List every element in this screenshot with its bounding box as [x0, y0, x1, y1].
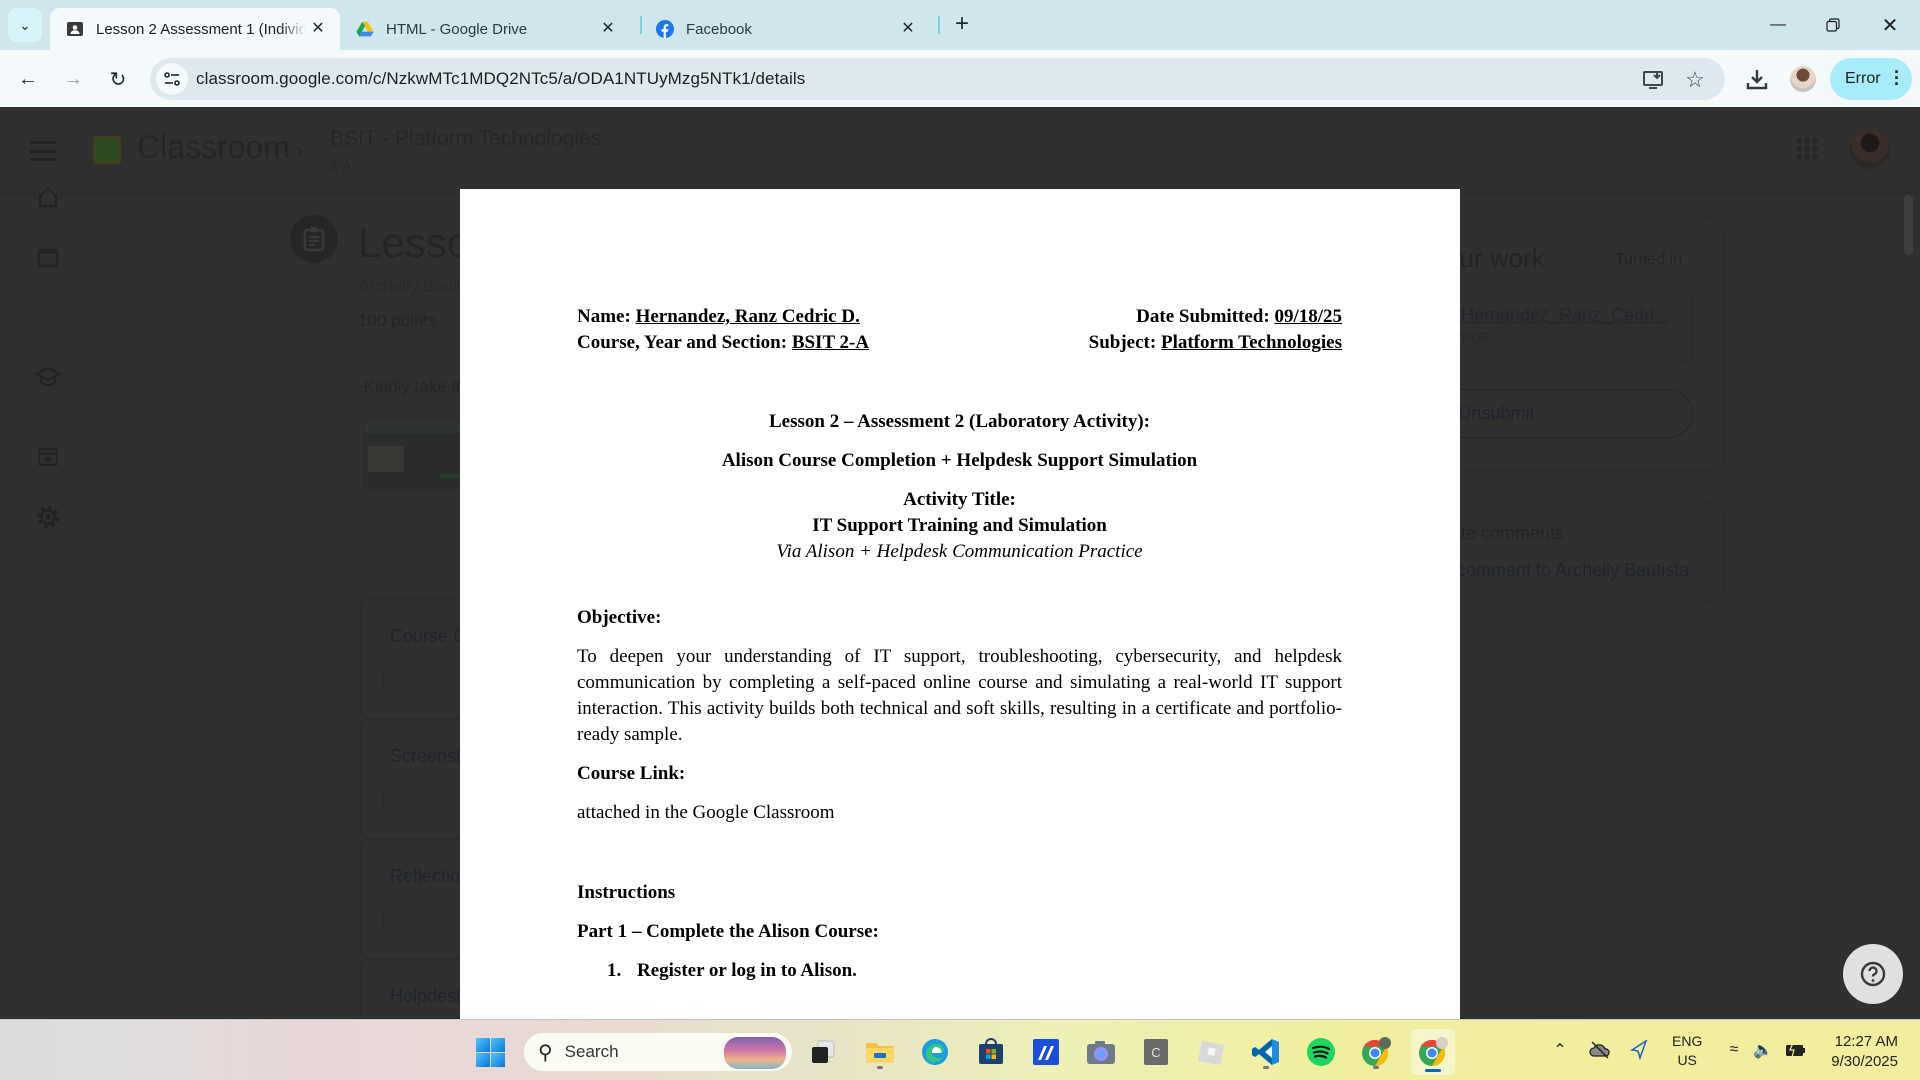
- turned-in-status: Turned in: [1615, 251, 1682, 269]
- profile-avatar[interactable]: [1790, 66, 1816, 92]
- arrow-left-icon: ←: [18, 68, 38, 91]
- more-vert-icon: ···: [1894, 69, 1900, 87]
- browser-toolbar: ← → ↻ classroom.google.com/c/NzkwMTc1MDQ…: [0, 50, 1920, 107]
- google-apps-icon[interactable]: [1796, 138, 1818, 160]
- help-button[interactable]: [1843, 944, 1903, 1004]
- plus-icon: +: [955, 10, 969, 38]
- task-view-icon: [810, 1039, 836, 1065]
- app-c-icon: C: [1144, 1039, 1168, 1065]
- google-drive-icon: [356, 20, 374, 38]
- clock-date: 9/30/2025: [1822, 1052, 1898, 1072]
- tab-strip: ⌄ Lesson 2 Assessment 1 (Individual ✕ HT…: [0, 0, 1920, 50]
- doc-header-row-1: Name: Hernandez, Ranz Cedric D. Date Sub…: [577, 306, 1342, 328]
- taskbar-search[interactable]: ⚲ Search: [523, 1032, 793, 1072]
- bookmark-button[interactable]: ☆: [1683, 68, 1707, 92]
- activity-title-label: Activity Title:: [577, 489, 1342, 511]
- close-tab-icon[interactable]: ✕: [898, 18, 918, 38]
- restore-button[interactable]: [1813, 8, 1853, 42]
- chevron-down-icon: ⌄: [19, 17, 31, 34]
- unsubmit-button[interactable]: Unsubmit: [1420, 389, 1693, 438]
- search-icon: ⚲: [538, 1040, 553, 1065]
- clock-time: 12:27 AM: [1822, 1032, 1898, 1052]
- taskbar-vs-code[interactable]: [1246, 1032, 1286, 1072]
- close-tab-icon[interactable]: ✕: [308, 18, 328, 38]
- facebook-icon: [656, 20, 674, 38]
- taskbar-app-white[interactable]: [1191, 1032, 1231, 1072]
- download-icon: [1746, 68, 1768, 90]
- submitted-file-type: PDF: [1461, 329, 1489, 345]
- chevron-up-icon: ⌃: [1553, 1040, 1566, 1060]
- class-name-link[interactable]: BSIT - Platform Technologies: [330, 127, 601, 151]
- tab-separator: [938, 16, 940, 34]
- chrome-icon: [1360, 1036, 1392, 1068]
- tab-title: HTML - Google Drive: [386, 21, 596, 38]
- close-window-button[interactable]: ✕: [1870, 8, 1910, 42]
- activity-title: IT Support Training and Simulation: [577, 515, 1342, 537]
- vscode-icon: [1251, 1037, 1281, 1067]
- assignment-icon: [290, 215, 338, 263]
- error-label: Error: [1845, 70, 1881, 88]
- install-app-button[interactable]: [1642, 68, 1666, 92]
- taskbar-chrome-profile-2[interactable]: [1411, 1029, 1455, 1075]
- minimize-button[interactable]: —: [1758, 8, 1798, 42]
- part1-label: Part 1 – Complete the Alison Course:: [577, 921, 879, 943]
- location-arrow-icon: [1630, 1040, 1648, 1060]
- nav-enrolled[interactable]: [34, 363, 62, 391]
- nav-archived[interactable]: [34, 443, 62, 471]
- taskbar-camera[interactable]: [1081, 1032, 1121, 1072]
- activity-subtitle: Via Alison + Helpdesk Communication Prac…: [577, 541, 1342, 563]
- classroom-logo-icon: [93, 136, 121, 164]
- instructions-label: Instructions: [577, 882, 675, 904]
- restore-icon: [1826, 18, 1840, 32]
- course-link-label: Course Link:: [577, 763, 685, 785]
- downloads-button[interactable]: [1744, 66, 1770, 92]
- taskbar-file-explorer[interactable]: [860, 1032, 900, 1072]
- cloud-off-icon: [1589, 1041, 1611, 1059]
- arrow-right-icon: →: [63, 68, 83, 91]
- network-status[interactable]: ≈: [1722, 1038, 1746, 1062]
- location-indicator[interactable]: [1627, 1038, 1651, 1062]
- url-text[interactable]: classroom.google.com/c/NzkwMTc1MDQ2NTc5/…: [196, 69, 805, 89]
- wifi-icon: ≈: [1730, 1041, 1739, 1059]
- school-icon: [35, 366, 61, 388]
- battery-status[interactable]: [1783, 1038, 1807, 1062]
- page-scrollbar[interactable]: [1904, 195, 1913, 255]
- taskbar-app-a[interactable]: [1026, 1032, 1066, 1072]
- start-button[interactable]: [476, 1038, 505, 1067]
- classroom-icon: [66, 20, 84, 38]
- reload-button[interactable]: ↻: [103, 64, 133, 94]
- breadcrumb-chevron-icon: ›: [296, 137, 303, 163]
- gear-icon: [35, 504, 61, 530]
- pdf-preview[interactable]: Name: Hernandez, Ranz Cedric D. Date Sub…: [460, 189, 1460, 1019]
- doc-header-row-2: Course, Year and Section: BSIT 2-A Subje…: [577, 332, 1342, 354]
- taskbar-task-view[interactable]: [803, 1032, 843, 1072]
- account-avatar[interactable]: [1850, 129, 1890, 169]
- add-comment-link[interactable]: Add comment to Archelly Bautista: [1420, 560, 1689, 581]
- install-desktop-icon: [1643, 70, 1665, 90]
- main-menu-button[interactable]: [30, 141, 56, 161]
- objective-text: To deepen your understanding of IT suppo…: [577, 644, 1342, 748]
- submitted-file-name[interactable]: Hernandez_Ranz_Cedri...: [1461, 305, 1669, 326]
- folder-icon: [865, 1039, 895, 1065]
- star-icon: ☆: [1685, 67, 1705, 93]
- submitted-file[interactable]: [1420, 292, 1693, 362]
- onedrive-status[interactable]: [1588, 1038, 1612, 1062]
- archive-icon: [36, 445, 60, 469]
- taskbar-edge[interactable]: [915, 1032, 955, 1072]
- camera-icon: [1086, 1039, 1116, 1065]
- tab-classroom[interactable]: Lesson 2 Assessment 1 (Individual ✕: [50, 8, 340, 50]
- back-button[interactable]: ←: [13, 64, 43, 94]
- system-clock[interactable]: 12:27 AM 9/30/2025: [1822, 1032, 1898, 1072]
- course-year-section: Course, Year and Section: BSIT 2-A: [577, 332, 869, 354]
- objective-label: Objective:: [577, 607, 661, 629]
- doc-heading-1: Lesson 2 – Assessment 2 (Laboratory Acti…: [577, 411, 1342, 433]
- doc-heading-2: Alison Course Completion + Helpdesk Supp…: [577, 450, 1342, 472]
- show-hidden-icons-button[interactable]: ⌃: [1548, 1038, 1572, 1062]
- taskbar-chrome-profile-1[interactable]: [1356, 1032, 1396, 1072]
- assignment-description: -Kindly take the: [358, 377, 475, 397]
- nav-calendar[interactable]: [34, 243, 62, 271]
- profile-error-chip[interactable]: Error ···: [1830, 58, 1912, 100]
- course-link-text: attached in the Google Classroom: [577, 802, 835, 824]
- app-white-icon: [1196, 1037, 1226, 1067]
- student-name: Name: Hernandez, Ranz Cedric D.: [577, 306, 860, 328]
- address-bar[interactable]: classroom.google.com/c/NzkwMTc1MDQ2NTc5/…: [150, 58, 1725, 100]
- calendar-icon: [36, 245, 60, 269]
- store-icon: [977, 1038, 1005, 1066]
- search-placeholder: Search: [565, 1042, 619, 1062]
- classroom-header: Classroom › BSIT - Platform Technologies…: [0, 107, 1920, 193]
- reload-icon: ↻: [110, 67, 127, 92]
- volume-status[interactable]: 🔈: [1751, 1038, 1775, 1062]
- spotify-icon: [1306, 1037, 1336, 1067]
- tab-facebook[interactable]: Facebook ✕: [640, 8, 930, 50]
- help-icon: [1859, 960, 1887, 988]
- input-language[interactable]: ENG US: [1672, 1032, 1702, 1070]
- close-icon: ✕: [1882, 13, 1899, 38]
- tune-icon: [164, 72, 180, 86]
- subject: Subject: Platform Technologies: [1089, 332, 1342, 354]
- taskbar-app-c[interactable]: C: [1136, 1032, 1176, 1072]
- new-tab-button[interactable]: +: [950, 12, 974, 36]
- tab-title: Lesson 2 Assessment 1 (Individual: [96, 21, 306, 38]
- assignment-points: 100 points: [358, 311, 436, 331]
- windows-taskbar: ⚲ Search C ⌃: [0, 1019, 1920, 1080]
- site-info-button[interactable]: [156, 63, 188, 95]
- instruction-step: 1.Register or log in to Alison.: [607, 960, 857, 982]
- tab-google-drive[interactable]: HTML - Google Drive ✕: [340, 8, 630, 50]
- home-icon: [36, 185, 60, 209]
- tab-title: Facebook: [686, 21, 896, 38]
- volume-icon: 🔈: [1753, 1040, 1773, 1060]
- tab-search-button[interactable]: ⌄: [8, 8, 42, 42]
- nav-home[interactable]: [34, 183, 62, 211]
- classroom-brand[interactable]: Classroom: [137, 129, 290, 166]
- class-section: 2-A: [330, 157, 352, 173]
- taskbar-microsoft-store[interactable]: [971, 1032, 1011, 1072]
- chrome-icon: [1417, 1036, 1449, 1068]
- taskbar-spotify[interactable]: [1301, 1032, 1341, 1072]
- battery-charging-icon: [1785, 1042, 1805, 1058]
- close-tab-icon[interactable]: ✕: [598, 18, 618, 38]
- forward-button[interactable]: →: [58, 64, 88, 94]
- nav-settings[interactable]: [34, 503, 62, 531]
- date-submitted: Date Submitted: 09/18/25: [1136, 306, 1342, 328]
- search-highlight-image: [724, 1037, 786, 1069]
- minimize-icon: —: [1770, 16, 1786, 34]
- edge-icon: [920, 1037, 950, 1067]
- app-a-icon: [1032, 1038, 1060, 1066]
